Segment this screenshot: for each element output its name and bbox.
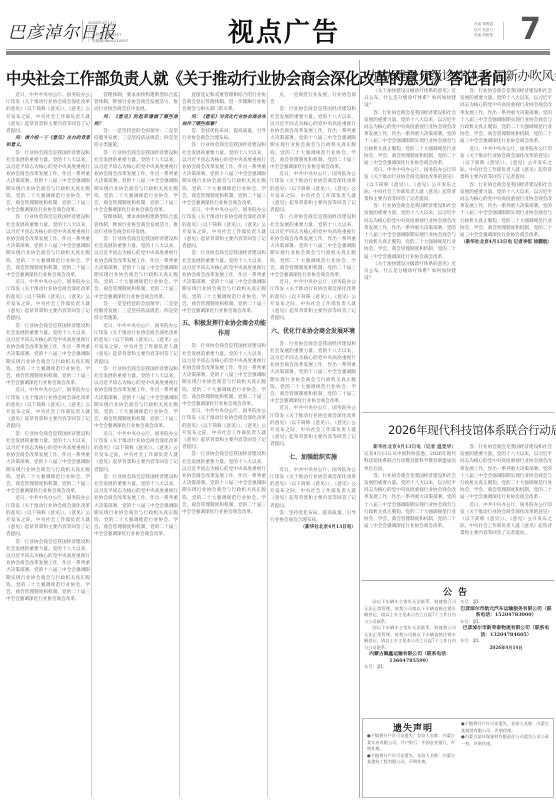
section-divider	[359, 60, 360, 798]
article-byline: （新华社北京4月13日电 记者李恒 徐鹏航）	[460, 239, 552, 246]
article-byline: （新华社北京4月13日电）	[270, 524, 356, 531]
science-column-2: 答：行业协会商会是我国经济建设和社会发展的重要力量。党的十八大以来，以习近平同志…	[460, 444, 552, 578]
paragraph: 答：行业协会商会是我国经济建设和社会发展的重要力量。党的十八大以来，以习近平同志…	[460, 444, 552, 502]
paragraph: 点，一是规范行业发展，行业协会商会	[270, 92, 356, 106]
article-column-4: 点，一是规范行业发展，行业协会商会 答：行业协会商会是我国经济建设和社会发展的重…	[270, 92, 356, 797]
sub-heading: 五、积极发挥行业协会商会功能作用	[182, 319, 266, 339]
paragraph: 答：行业协会商会是我国经济建设和社会发展的重要力量。党的十八大以来，以习近平同志…	[364, 473, 456, 531]
notice-body: 因以下车辆车主常年无法联系，致使我公司无法正常管理，故我公司拟以下车辆直接注销车…	[364, 599, 456, 625]
article-separator	[362, 412, 554, 413]
healthcare-headline: 加快建设分级诊疗体系 国新办吹风会解读来了	[370, 66, 554, 84]
lost-item: ●内蒙古某环保建材有限责任公司遗失公司公章一枚，声明作废。	[461, 734, 549, 747]
paragraph: 答：行业协会商会是我国经济建设和社会发展的重要力量。党的十八大以来，以习近平同志…	[270, 214, 356, 279]
lead-text: 记者4月13日从中国科协获悉，2026年现代科技馆体系联合行动暨首批科学教育联盟…	[364, 452, 456, 471]
sub-heading: 七、加强组织实施	[270, 453, 356, 463]
paragraph: 答：行业协会商会是我国经济建设和社会发展的重要力量。党的十八大以来，以习近平同志…	[94, 474, 178, 539]
paragraph: 管理体制，要求加快构建新型综合监管体制，释放行业协会商会发展活力，推动行业协会商…	[94, 214, 178, 236]
paragraph: 近日，中共中央办公厅、国务院办公厅印发《关于推动行业协会商会深化改革的意见》（以…	[6, 92, 90, 135]
lost-item: ●不慎将开户许可证遗失，存款人名称：内蒙古某实业有限公司，开户银行：中国农业银行…	[367, 733, 455, 753]
lost-notice-column-1: ●不慎将开户许可证遗失，存款人名称：内蒙古某实业有限公司，开户银行：中国农业银行…	[367, 733, 455, 797]
healthcare-column-2: 答：行业协会商会是我国经济建设和社会发展的重要力量。党的十八大以来，以习近平同志…	[460, 88, 552, 408]
paragraph: 近日，中共中央办公厅、国务院办公厅印发《关于推动行业协会商会深化改革的意见》（以…	[364, 167, 456, 203]
paragraph: 答：行业协会商会是我国经济建设和社会发展的重要力量。党的十八大以来，以习近平同志…	[94, 150, 178, 215]
divider	[503, 22, 504, 40]
paragraph: 答：一是坚持党的全面领导；二是坚持服务发展；三是坚持依法规范；四是坚持分类施策。	[94, 128, 178, 150]
ad-email: 广告邮箱:abc8214597	[88, 38, 128, 44]
paragraph: 答：行业协会商会是我国经济建设和社会发展的重要力量。党的十八大以来，以习近平同志…	[270, 106, 356, 171]
paragraph: 近日，中共中央办公厅、国务院办公厅印发《关于推动行业协会商会深化改革的意见》（以…	[270, 279, 356, 322]
column-divider	[179, 92, 180, 797]
paragraph: 近日，中共中央办公厅、国务院办公厅印发《关于推动行业协会商会深化改革的意见》（以…	[460, 146, 552, 182]
divider	[82, 20, 83, 42]
notice-title: 公告	[362, 585, 554, 598]
paragraph: 答：坚持优化布局、提高质量，引导行业协会商会合理布局。	[182, 128, 266, 142]
paragraph: 答：行业协会商会是我国经济建设和社会发展的重要力量。党的十八大以来，以习近平同志…	[6, 431, 90, 496]
paragraph: 答：坚持优化布局、提高质量，引导行业协会商会合理布局。	[270, 510, 356, 524]
paragraph: 答：行业协会商会是我国经济建设和社会发展的重要力量。党的十八大以来，以习近平同志…	[364, 110, 456, 168]
editor-line: 责编 谭俊霞	[474, 22, 493, 28]
notice-body: 因以下车辆车主常年无法联系，致使我公司无法正常管理，故我公司拟以下车辆直接注销车…	[364, 625, 456, 651]
science-column-1: 新华社北京4月13日电（记者 温竞华）记者4月13日从中国科协获悉，2026年现…	[364, 444, 456, 578]
dateline: 新华社北京4月13日电（记者 温竞华）	[373, 445, 456, 450]
paragraph: 直接登记和双重管理相结合的行业协会商会登记管理体制，进一步理顺行业协会商会与相关…	[182, 92, 266, 114]
editor-credits: 责编 谭俊霞 校对 郭嘉方 美编 胡艳艳	[474, 22, 493, 39]
paragraph: 答：行业协会商会是我国经济建设和社会发展的重要力量。党的十八大以来，以习近平同志…	[364, 203, 456, 261]
paragraph: 答：行业协会商会是我国经济建设和社会发展的重要力量。党的十八大以来，以习近平同志…	[94, 366, 178, 431]
notice-column-1: 因以下车辆车主常年无法联系，致使我公司无法正常管理，故我公司拟以下车辆直接注销车…	[364, 599, 456, 717]
paragraph: 答：行业协会商会是我国经济建设和社会发展的重要力量。党的十八大以来，以习近平同志…	[6, 539, 90, 604]
plate-list: 车号：蒙L	[364, 664, 456, 671]
notice-date: 2026年4月14日	[460, 645, 552, 652]
paragraph: 《关于加快建设分级诊疗体系的意见》近日公布。什么是分级诊疗体系？如何加快建设？	[364, 88, 456, 110]
column-divider	[91, 92, 92, 797]
lost-item: ●不慎将开户许可证遗失，存款人名称：内蒙古某建筑工程有限公司，声明作废。	[367, 753, 455, 766]
notice-box: 公告 因以下车辆车主常年无法联系，致使我公司无法正常管理，故我公司拟以下车辆直接…	[362, 580, 554, 718]
paragraph: 近日，中共中央办公厅、国务院办公厅印发《关于推动行业协会商会深化改革的意见》（以…	[94, 431, 178, 474]
paragraph: 近日，中共中央办公厅、国务院办公厅印发《关于推动行业协会商会深化改革的意见》（以…	[6, 495, 90, 538]
lost-notice-box: 遗失声明 ●不慎将开户许可证遗失，存款人名称：内蒙古某实业有限公司，开户银行：中…	[362, 718, 554, 798]
article-column-2: 管理体制，要求加快构建新型综合监管体制，释放行业协会商会发展活力，推动行业协会商…	[94, 92, 178, 797]
paragraph: 近日，中共中央办公厅、国务院办公厅印发《关于推动行业协会商会深化改革的意见》（以…	[94, 323, 178, 366]
paragraph: 近日，中共中央办公厅、国务院办公厅印发《关于推动行业协会商会深化改革的意见》（以…	[270, 171, 356, 214]
company-name: 巴彦淖尔市航元汽车运输服务有限公司（联系电话：15204783000）	[460, 606, 552, 619]
paragraph: 答：行业协会商会是我国经济建设和社会发展的重要力量。党的十八大以来，以习近平同志…	[182, 142, 266, 207]
paragraph: 答：行业协会商会是我国经济建设和社会发展的重要力量。党的十八大以来，以习近平同志…	[270, 341, 356, 406]
paragraph: 近日，中共中央办公厅、国务院办公厅印发《关于推动行业协会商会深化改革的意见》（以…	[6, 387, 90, 430]
page-number: 7	[520, 12, 541, 47]
paragraph: 近日，中共中央办公厅、国务院办公厅印发《关于推动行业协会商会深化改革的意见》（以…	[270, 467, 356, 510]
paragraph: 答：行业协会商会是我国经济建设和社会发展的重要力量。党的十八大以来，以习近平同志…	[94, 236, 178, 301]
paragraph: 答：行业协会商会是我国经济建设和社会发展的重要力量。党的十八大以来，以习近平同志…	[182, 250, 266, 315]
paragraph: 答：行业协会商会是我国经济建设和社会发展的重要力量。党的十八大以来，以习近平同志…	[6, 323, 90, 388]
issue-info: 2026年4月14日 星期二 广告热线:4814597 广告邮箱:abc8214…	[88, 20, 128, 44]
sub-heading: 六、优化行业协会商会发展环境	[270, 327, 356, 337]
paragraph: 近日，中共中央办公厅、国务院办公厅印发《关于推动行业协会商会深化改革的意见》（以…	[182, 207, 266, 250]
column-divider	[267, 92, 268, 797]
section-title: 视点广告	[228, 12, 340, 49]
paragraph: 答：行业协会商会是我国经济建设和社会发展的重要力量。党的十八大以来，以习近平同志…	[6, 150, 90, 215]
paragraph: 《关于加快建设分级诊疗体系的意见》近日公布。什么是分级诊疗体系？如何加快建设？	[364, 261, 456, 283]
designer-line: 美编 胡艳艳	[474, 33, 493, 39]
paragraph: 答：行业协会商会是我国经济建设和社会发展的重要力量。党的十八大以来，以习近平同志…	[6, 214, 90, 279]
header-rule	[6, 49, 550, 50]
paragraph: 答：行业协会商会是我国经济建设和社会发展的重要力量。党的十八大以来，以习近平同志…	[182, 451, 266, 516]
notice-column-2: 车号：蒙L 巴彦淖尔市航元汽车运输服务有限公司（联系电话：15204783000…	[460, 599, 552, 717]
company-name: 巴彦淖尔市新荣泰物流有限公司（联系电话：13204784605）	[460, 625, 552, 638]
paragraph: 近日，中共中央办公厅、国务院办公厅印发《关于推动行业协会商会深化改革的意见》（以…	[6, 279, 90, 322]
healthcare-column-1: 《关于加快建设分级诊疗体系的意见》近日公布。什么是分级诊疗体系？如何加快建设？ …	[364, 88, 456, 408]
main-headline: 中央社会工作部负责人就《关于推动行业协会商会深化改革的意见》答记者问	[6, 66, 340, 89]
paragraph: 近日，中共中央办公厅、国务院办公厅印发《关于推动行业协会商会深化改革的意见》（以…	[270, 405, 356, 448]
paragraph: 管理体制，要求加快构建新型综合监管体制，释放行业协会商会发展活力，推动行业协会商…	[94, 92, 178, 114]
paragraph: 答：行业协会商会是我国经济建设和社会发展的重要力量。党的十八大以来，以习近平同志…	[460, 88, 552, 146]
science-museum-headline: 2026年现代科技馆体系联合行动启动	[388, 422, 556, 438]
paragraph: 近日，中共中央办公厅、国务院办公厅印发《关于推动行业协会商会深化改革的意见》（以…	[460, 502, 552, 538]
lost-item: ●不慎将开户许可证遗失，存款人名称：内蒙古某商贸有限公司，声明作废。	[461, 721, 549, 734]
paragraph: 答：行业协会商会是我国经济建设和社会发展的重要力量。党的十八大以来，以习近平同志…	[460, 182, 552, 240]
paragraph: 答：行业协会商会是我国经济建设和社会发展的重要力量。党的十八大以来，以习近平同志…	[182, 343, 266, 408]
question: 问：《意见》对优化行业协会商会布局作了哪些部署？	[182, 114, 266, 128]
header-rule-thick	[6, 51, 550, 55]
question: 问：请介绍一下《意见》出台的背景和意义。	[6, 135, 90, 149]
paragraph: 近日，中共中央办公厅、国务院办公厅印发《关于推动行业协会商会深化改革的意见》（以…	[182, 408, 266, 451]
article-column-3: 直接登记和双重管理相结合的行业协会商会登记管理体制，进一步理顺行业协会商会与相关…	[182, 92, 266, 797]
masthead: 巴彦淖尔日报 2026年4月14日 星期二 广告热线:4814597 广告邮箱:…	[0, 0, 556, 56]
question: 问：《意见》的起草遵循了哪些原则？	[94, 114, 178, 128]
lost-notice-column-2: ●不慎将开户许可证遗失，存款人名称：内蒙古某商贸有限公司，声明作废。 ●内蒙古某…	[461, 721, 549, 797]
company-name: 内蒙古聚鑫运输有限公司（联系电话：13604785599）	[364, 651, 456, 664]
paragraph: 答：一是坚持党的全面领导；二是坚持服务发展；三是坚持依法规范；四是坚持分类施策。	[94, 301, 178, 323]
article-column-1: 近日，中共中央办公厅、国务院办公厅印发《关于推动行业协会商会深化改革的意见》（以…	[6, 92, 90, 797]
